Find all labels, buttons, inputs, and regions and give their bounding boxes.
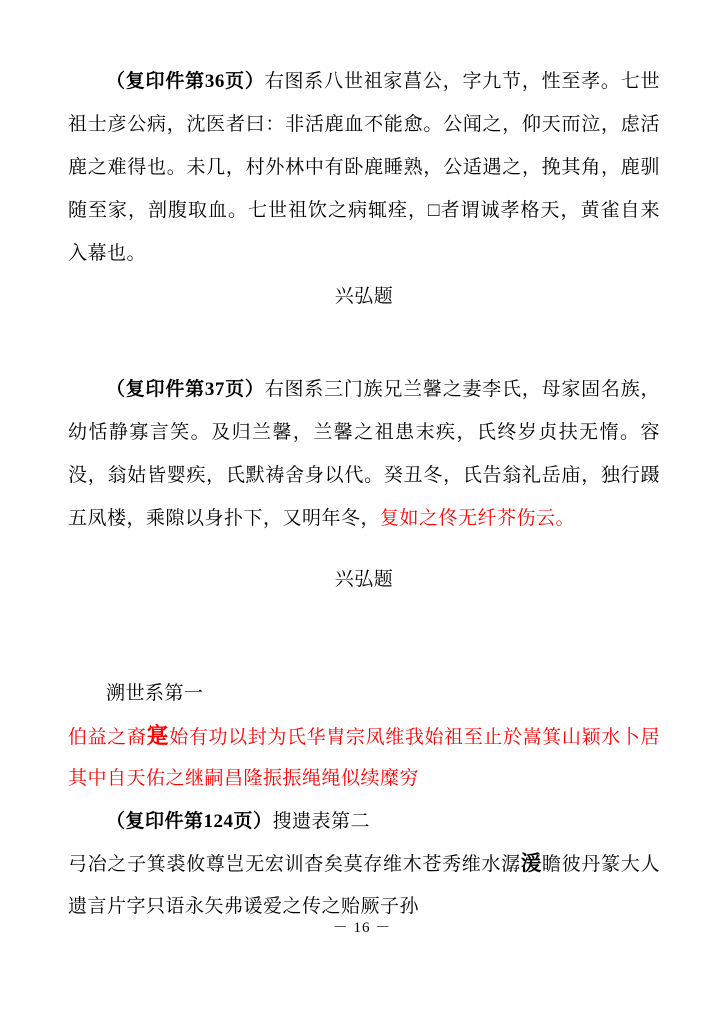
verse-bold-char: 湲 (521, 853, 542, 875)
document-page: （复印件第36页）右图系八世祖家菖公，字九节，性至孝。七世祖士彦公病，沈医者曰：… (0, 0, 724, 1024)
paragraph-copy-36: （复印件第36页）右图系八世祖家菖公，字九节，性至孝。七世祖士彦公病，沈医者曰：… (68, 0, 660, 275)
document-content: （复印件第36页）右图系八世祖家菖公，字九节，性至孝。七世祖士彦公病，沈医者曰：… (68, 0, 660, 928)
copy-37-label: （复印件第37页） (106, 379, 265, 400)
page-number: － 16 － (0, 916, 724, 937)
verse-before: 弓冶之子箕裘攸尊岂无宏训杳矣莫存维木苍秀维水潺 (68, 854, 521, 875)
copy-37-body-black: 右图系三门族兄兰馨之妻李氏，母家固名族，幼恬静寡言笑。及归兰馨，兰馨之祖患末疾，… (68, 379, 660, 529)
copy-37-body-red: 复如之佟无纤芥伤云。 (380, 508, 575, 529)
paragraph-copy-124: （复印件第124页）搜遗表第二 (68, 800, 660, 843)
copy-36-body: 右图系八世祖家菖公，字九节，性至孝。七世祖士彦公病，沈医者曰：非活鹿血不能愈。公… (68, 71, 660, 264)
copy-124-label: （复印件第124页） (106, 811, 273, 832)
copy-124-title: 搜遗表第二 (273, 811, 371, 832)
copy-36-label: （复印件第36页） (106, 71, 265, 92)
paragraph-copy-37: （复印件第37页）右图系三门族兄兰馨之妻李氏，母家固名族，幼恬静寡言笑。及归兰馨… (68, 368, 660, 540)
genealogy-red-bold-char: 寔 (147, 723, 170, 748)
genealogy-red-verse: 伯益之裔寔始有功以封为氏华胄宗凤维我始祖至止於嵩箕山颖水卜居其中自天佑之继嗣昌隆… (68, 715, 660, 799)
genealogy-red-before: 伯益之裔 (68, 727, 147, 748)
signature-xinghong-1: 兴弘题 (68, 275, 660, 318)
signature-xinghong-2: 兴弘题 (68, 558, 660, 601)
genealogy-heading: 溯世系第一 (68, 672, 660, 715)
